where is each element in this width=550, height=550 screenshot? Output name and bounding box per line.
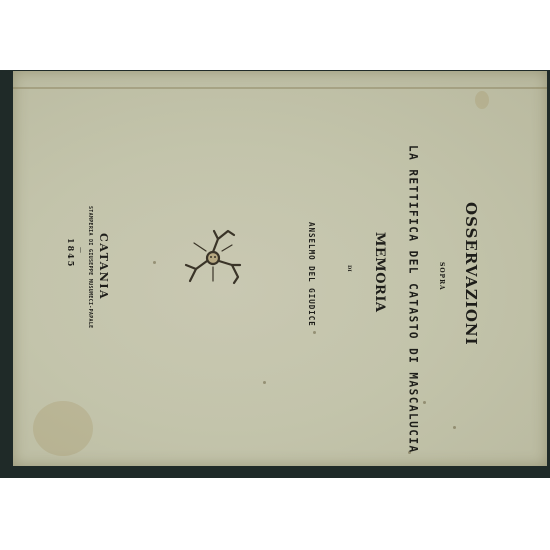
foxing-spot <box>423 401 426 404</box>
author-name: ANSELMO DEL GIUDICE <box>307 222 316 327</box>
imprint-separator: — <box>77 247 84 253</box>
foxing-spot <box>263 381 266 384</box>
genre-label: MEMORIA <box>372 232 387 312</box>
page-fold-line <box>13 87 547 89</box>
document-title: OSSERVAZIONI <box>462 202 480 346</box>
foxing-spot <box>313 331 316 334</box>
foxing-spot <box>453 426 456 429</box>
ink-stain <box>475 91 489 109</box>
trinacria-icon <box>180 225 246 291</box>
imprint-year: 1845 <box>66 238 76 268</box>
imprint-city: CATANIA <box>97 233 110 300</box>
document-subtitle: LA RETTIFICA DEL CATASTO DI MASCALUCIA <box>406 145 420 454</box>
imprint-printer: STAMPERIA DI GIUSEPPE MUSUMECI-PAPALE <box>87 206 93 328</box>
foxing-spot <box>153 261 156 264</box>
by-text: DI <box>346 265 352 272</box>
water-stain <box>33 401 93 456</box>
preposition-text: SOPRA <box>438 262 445 291</box>
